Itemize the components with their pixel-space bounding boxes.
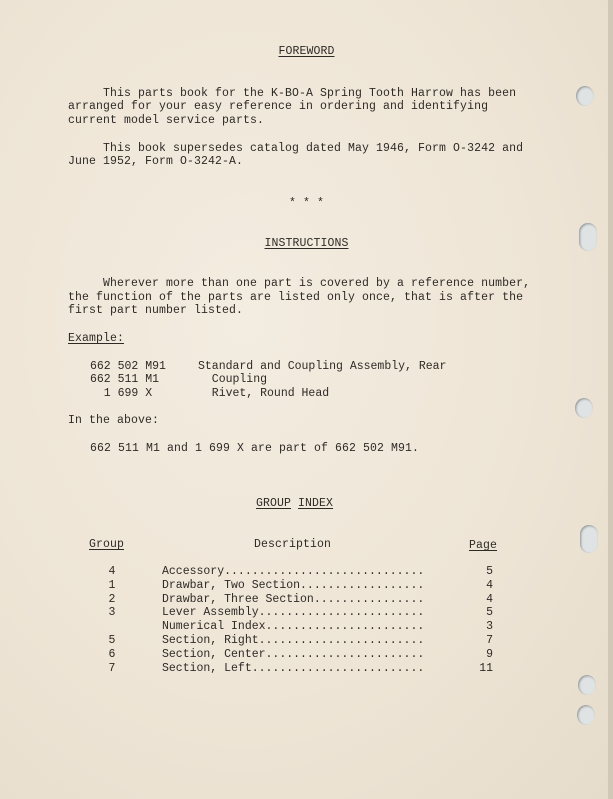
- example-label: Example:: [68, 332, 124, 346]
- cell-group: 1: [100, 579, 124, 592]
- instructions-heading: INSTRUCTIONS: [0, 237, 613, 251]
- cell-page: 7: [468, 634, 493, 647]
- table-row: 3Lever Assembly........................5: [0, 606, 613, 620]
- cell-page: 4: [468, 579, 493, 592]
- cell-group: 7: [100, 662, 124, 675]
- punch-hole: [577, 705, 595, 725]
- cell-page: 11: [468, 662, 493, 675]
- cell-group: 3: [100, 606, 124, 619]
- table-row: Numerical Index.......................3: [0, 620, 613, 634]
- cell-page: 3: [468, 620, 493, 633]
- example-desc: Rivet, Round Head: [198, 387, 329, 401]
- cell-desc: Section, Left.........................: [162, 662, 424, 675]
- cell-desc: Numerical Index.......................: [162, 620, 424, 633]
- cell-desc: Lever Assembly........................: [162, 606, 424, 619]
- example-desc: Coupling: [198, 373, 267, 387]
- table-row: 4Accessory.............................5: [0, 565, 613, 579]
- cell-group: 2: [100, 593, 124, 606]
- instructions-para-line3: first part number listed.: [68, 304, 243, 318]
- punch-hole: [575, 398, 593, 418]
- cell-desc: Section, Right........................: [162, 634, 424, 647]
- group-index-heading: GROUP INDEX: [256, 497, 333, 511]
- col-header-group: Group: [89, 538, 124, 552]
- punch-hole: [576, 86, 594, 106]
- document-page: FOREWORD This parts book for the K-BO-A …: [0, 0, 613, 799]
- cell-page: 5: [468, 606, 493, 619]
- instructions-para-line2: the function of the parts are listed onl…: [68, 291, 523, 305]
- foreword-para2-line2: June 1952, Form O-3242-A.: [68, 155, 243, 169]
- cell-group: 6: [100, 648, 124, 661]
- cell-group: 5: [100, 634, 124, 647]
- example-part: 662 502 M91: [90, 360, 166, 374]
- cell-page: 9: [468, 648, 493, 661]
- foreword-heading: FOREWORD: [0, 45, 613, 59]
- separator: * * *: [0, 197, 613, 211]
- table-row: 5Section, Right........................7: [0, 634, 613, 648]
- cell-page: 4: [468, 593, 493, 606]
- cell-desc: Drawbar, Two Section..................: [162, 579, 424, 592]
- table-row: 7Section, Left.........................1…: [0, 662, 613, 676]
- foreword-para1-line3: current model service parts.: [68, 114, 264, 128]
- cell-desc: Accessory.............................: [162, 565, 424, 578]
- in-above-label: In the above:: [68, 414, 159, 428]
- foreword-para2-line1: This book supersedes catalog dated May 1…: [68, 142, 523, 156]
- cell-desc: Drawbar, Three Section................: [162, 593, 424, 606]
- instructions-para-line1: Wherever more than one part is covered b…: [68, 277, 530, 291]
- table-row: 1Drawbar, Two Section..................4: [0, 579, 613, 593]
- punch-hole: [578, 675, 596, 695]
- page-edge: [608, 0, 613, 799]
- example-part: 662 511 M1: [90, 373, 159, 387]
- example-part: 1 699 X: [90, 387, 152, 401]
- instructions-conclusion: 662 511 M1 and 1 699 X are part of 662 5…: [90, 442, 419, 456]
- col-header-page: Page: [469, 539, 497, 553]
- col-header-description: Description: [254, 538, 331, 552]
- cell-desc: Section, Center.......................: [162, 648, 424, 661]
- cell-group: 4: [100, 565, 124, 578]
- table-row: 6Section, Center.......................9: [0, 648, 613, 662]
- table-row: 2Drawbar, Three Section................4: [0, 593, 613, 607]
- foreword-para1-line2: arranged for your easy reference in orde…: [68, 100, 488, 114]
- cell-page: 5: [468, 565, 493, 578]
- example-desc: Standard and Coupling Assembly, Rear: [198, 360, 446, 374]
- foreword-para1-line1: This parts book for the K-BO-A Spring To…: [68, 87, 516, 101]
- punch-hole: [580, 525, 598, 553]
